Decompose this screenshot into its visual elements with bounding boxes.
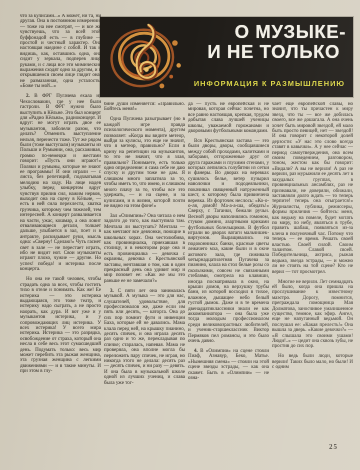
section-number: 3. (110, 289, 118, 294)
section-number: 2. (26, 94, 34, 99)
page-number: 25 (329, 443, 338, 451)
paragraph: Многие не верили. Лет семнадцать ей было… (272, 280, 353, 350)
article-title-line1: О МУЗЫКЕ- (207, 22, 346, 42)
paragraph: Вся Крестьянская застава — это были двор… (188, 139, 269, 344)
article-header-banner: О МУЗЫКЕ- И НЕ ТОЛЬКО ИНФОРМАЦИЯ К РАЗМЫ… (100, 17, 353, 97)
article-subtitle: ИНФОРМАЦИЯ К РАЗМЫШЛЕНИЮ (194, 79, 345, 88)
text-column-2: бине души изменяется: «Правильно. Бойтес… (104, 102, 185, 460)
paragraph: 4. В «Олимпии» на сцене стояли Пиаф, Азн… (188, 349, 269, 381)
paragraph: 3. С пяти лет она занималась музыкой. А … (104, 289, 185, 386)
paragraph: Но она не такой человек, чтобы страдать … (20, 277, 101, 374)
paragraph: чает еще европейской славы, но значит, ч… (272, 102, 353, 275)
paragraph: бине души изменяется: «Правильно. Бойтес… (104, 102, 185, 113)
text-column-3: да — пусть не европейская и не мировая, … (188, 102, 269, 460)
magazine-page: что за кулисами...» А может, ни та, ни д… (0, 0, 360, 470)
paragraph: Зал «Олимпии»? Она читала о нем задолго … (104, 214, 185, 284)
paragraph: Одна Пугачева разыгрывает (но в каждой и… (104, 117, 185, 209)
article-title-line2: И НЕ ТОЛЬКО (207, 42, 340, 62)
section-number: 4. (194, 349, 200, 354)
paragraph: 2. В ФРГ Пугачева ехала из Чехословакии,… (20, 94, 101, 272)
paragraph: что за кулисами...» А может, ни та, ни д… (20, 14, 101, 90)
paragraph: Но ведь были люди, которые верили! Таких… (272, 354, 353, 370)
text-column-1: что за кулисами...» А может, ни та, ни д… (20, 14, 101, 460)
text-column-4: чает еще европейской славы, но значит, ч… (272, 102, 353, 460)
treble-clef-scribble-icon (102, 15, 190, 99)
paragraph: да — пусть не европейская и не мировая, … (188, 102, 269, 134)
article-title: О МУЗЫКЕ- И НЕ ТОЛЬКО (207, 22, 346, 62)
